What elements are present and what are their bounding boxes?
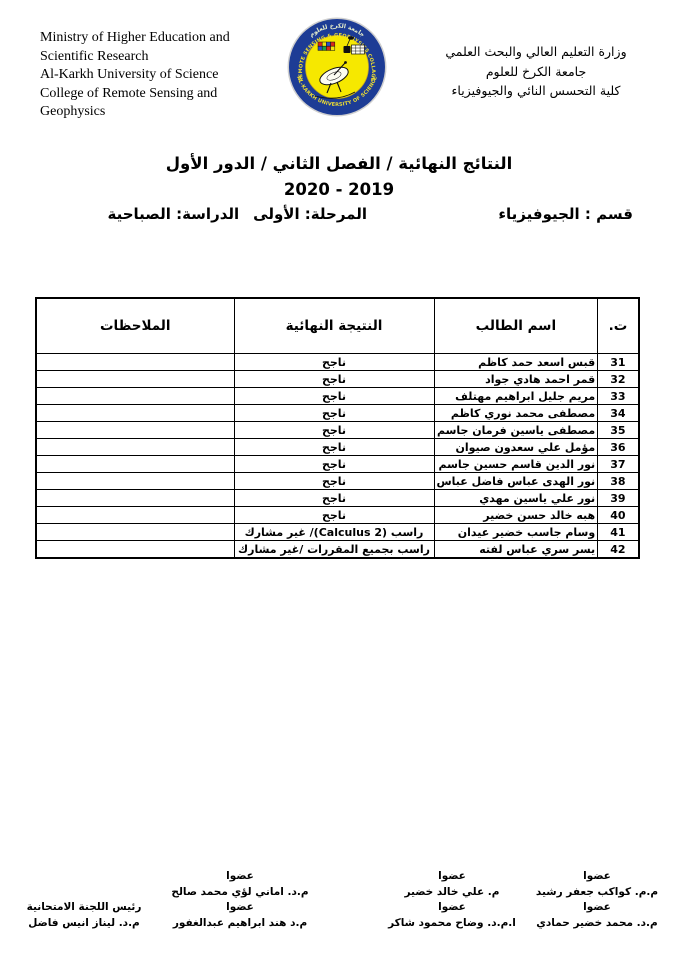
document-page: Ministry of Higher Education and Scienti… [0,0,678,960]
letterhead-english-line: Al-Karkh University of Science [40,66,306,85]
notes-cell [36,490,234,507]
row-number-cell: 39 [598,490,639,507]
results-table: ت. اسم الطالب النتيجة النهائية الملاحظات… [35,297,640,559]
result-cell: ناجح [234,388,434,405]
row-number-cell: 31 [598,354,639,371]
table-row: 37نور الدين قاسم حسين جاسمناجح [36,456,639,473]
header-number: ت. [598,298,639,354]
university-seal-logo: جامعة الكرخ للعلوم REMOTE SENSING & GEOP… [287,14,387,120]
student-name-cell: يسر سري عباس لفته [434,541,598,559]
table-row: 34مصطفى محمد نوري كاظمناجح [36,405,639,422]
notes-cell [36,524,234,541]
signature-line: ا.م.د. وضاح محمود شاكر [372,916,532,932]
letterhead-arabic-line: جامعة الكرخ للعلوم [408,62,664,82]
result-cell: ناجح [234,439,434,456]
signature-line: رئيس اللجنة الامتحانية [9,900,159,916]
letterhead-english-line: Scientific Research [40,48,306,67]
result-cell: راسب بجميع المقررات /غير مشارك [234,541,434,559]
title-meta-line: قسم : الجيوفيزياء المرحلة: الأولى الدراس… [0,205,678,232]
student-name-cell: نور الدين قاسم حسين جاسم [434,456,598,473]
signature-line: عضوا [517,869,677,885]
study-label: الدراسة: الصباحية [108,205,240,223]
letterhead-english-line: College of Remote Sensing and [40,85,306,104]
table-row: 32قمر احمد هادي جوادناجح [36,371,639,388]
table-row: 41وسام جاسب خضير عيدانراسب (Calculus 2)/… [36,524,639,541]
row-number-cell: 36 [598,439,639,456]
result-cell: ناجح [234,507,434,524]
student-name-cell: قبس اسعد حمد كاظم [434,354,598,371]
signature-line: عضوا [372,900,532,916]
signature-line: م.د. محمد خضير حمادي [517,916,677,932]
header-final-result: النتيجة النهائية [234,298,434,354]
letterhead-arabic-line: وزارة التعليم العالي والبحث العلمي [408,42,664,62]
letterhead-english-line: Geophysics [40,103,306,122]
header-notes: الملاحظات [36,298,234,354]
notes-cell [36,541,234,559]
signature-line: م.د هند ابراهيم عبدالغفور [150,916,330,932]
notes-cell [36,507,234,524]
letterhead-arabic: وزارة التعليم العالي والبحث العلمي جامعة… [408,42,664,101]
signature-line: عضوا [150,869,330,885]
letterhead-english-line: Ministry of Higher Education and [40,29,306,48]
letterhead-english: Ministry of Higher Education and Scienti… [40,29,306,122]
student-name-cell: نور علي ياسين مهدي [434,490,598,507]
page-title: النتائج النهائية / الفصل الثاني / الدور … [0,150,678,177]
notes-cell [36,388,234,405]
signature-line: م.د. اماني لؤي محمد صالح [150,885,330,901]
table-row: 42يسر سري عباس لفتهراسب بجميع المقررات /… [36,541,639,559]
result-cell: ناجح [234,422,434,439]
student-name-cell: هبه خالد حسن خضير [434,507,598,524]
result-cell: راسب (Calculus 2)/ غير مشارك [234,524,434,541]
result-cell: ناجح [234,354,434,371]
row-number-cell: 33 [598,388,639,405]
table-row: 31قبس اسعد حمد كاظمناجح [36,354,639,371]
table-row: 40هبه خالد حسن خضيرناجح [36,507,639,524]
signatures: عضوام.م. كواكب جعفر رشيدعضوام.د. محمد خض… [0,869,678,944]
notes-cell [36,405,234,422]
row-number-cell: 34 [598,405,639,422]
stage-study-group: المرحلة: الأولى الدراسة: الصباحية [108,205,367,223]
table-row: 36مؤمل علي سعدون صيوانناجح [36,439,639,456]
signature-line: م.د. ليناز انيس فاضل [9,916,159,932]
student-name-cell: مريم جليل ابراهيم مهتلف [434,388,598,405]
signature-line: م. علي خالد خضير [372,885,532,901]
signature-line: م.م. كواكب جعفر رشيد [517,885,677,901]
academic-year: 2020 - 2019 [0,177,678,203]
row-number-cell: 40 [598,507,639,524]
exam-committee-chair-signature: رئيس اللجنة الامتحانيةم.د. ليناز انيس فا… [9,900,159,931]
table-row: 33مريم جليل ابراهيم مهتلفناجح [36,388,639,405]
department-label: قسم : الجيوفيزياء [498,205,633,223]
signature-line: عضوا [517,900,677,916]
notes-cell [36,473,234,490]
table-row: 39نور علي ياسين مهديناجح [36,490,639,507]
header-student-name: اسم الطالب [434,298,598,354]
signature-line: عضوا [372,869,532,885]
student-name-cell: مصطفى ياسين فرمان جاسم [434,422,598,439]
student-name-cell: مؤمل علي سعدون صيوان [434,439,598,456]
student-name-cell: مصطفى محمد نوري كاظم [434,405,598,422]
committee-member-signature: عضوام. علي خالد خضيرعضواا.م.د. وضاح محمو… [372,869,532,931]
row-number-cell: 42 [598,541,639,559]
result-cell: ناجح [234,371,434,388]
stage-label: المرحلة: الأولى [253,205,367,223]
notes-cell [36,439,234,456]
student-name-cell: قمر احمد هادي جواد [434,371,598,388]
row-number-cell: 35 [598,422,639,439]
committee-member-signature: عضوام.د. اماني لؤي محمد صالحعضوام.د هند … [150,869,330,931]
notes-cell [36,371,234,388]
document-title-block: النتائج النهائية / الفصل الثاني / الدور … [0,150,678,232]
result-cell: ناجح [234,405,434,422]
committee-member-signature: عضوام.م. كواكب جعفر رشيدعضوام.د. محمد خض… [517,869,677,931]
table-header-row: ت. اسم الطالب النتيجة النهائية الملاحظات [36,298,639,354]
row-number-cell: 41 [598,524,639,541]
letterhead-arabic-line: كلية التحسس النائي والجيوفيزياء [408,81,664,101]
notes-cell [36,422,234,439]
row-number-cell: 38 [598,473,639,490]
table-row: 35مصطفى ياسين فرمان جاسمناجح [36,422,639,439]
results-table-body: 31قبس اسعد حمد كاظمناجح32قمر احمد هادي ج… [36,354,639,559]
university-seal-icon: جامعة الكرخ للعلوم REMOTE SENSING & GEOP… [287,14,387,120]
result-cell: ناجح [234,456,434,473]
table-row: 38نور الهدى عباس فاضل عباسناجح [36,473,639,490]
row-number-cell: 37 [598,456,639,473]
student-name-cell: نور الهدى عباس فاضل عباس [434,473,598,490]
notes-cell [36,456,234,473]
notes-cell [36,354,234,371]
signature-line: عضوا [150,900,330,916]
result-cell: ناجح [234,473,434,490]
result-cell: ناجح [234,490,434,507]
checker-flag-icon [318,42,335,50]
student-name-cell: وسام جاسب خضير عيدان [434,524,598,541]
row-number-cell: 32 [598,371,639,388]
